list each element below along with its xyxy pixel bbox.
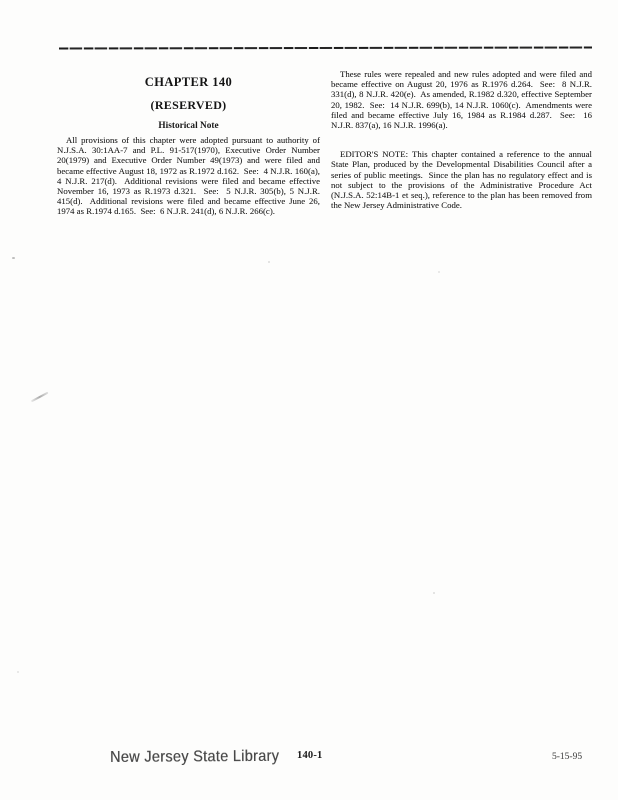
scan-artifact-speck [433,592,435,594]
left-column: CHAPTER 140 (RESERVED) Historical Note A… [57,75,320,217]
historical-note-heading: Historical Note [57,121,320,132]
document-page: CHAPTER 140 (RESERVED) Historical Note A… [0,0,618,800]
scan-artifact-speck [268,261,270,263]
scan-artifact-speck [438,271,440,273]
historical-note-text: All provisions of this chapter were adop… [57,135,320,217]
reserved-heading: (RESERVED) [57,98,320,112]
right-column: These rules were repealed and new rules … [331,69,592,210]
revision-date: 5-15-95 [552,752,582,762]
header-rule [59,47,592,50]
library-stamp: New Jersey State Library [110,748,279,766]
amendments-paragraph: These rules were repealed and new rules … [331,69,592,130]
editors-note-paragraph: EDITOR'S NOTE:This chapter contained a r… [331,149,592,210]
chapter-heading: CHAPTER 140 [57,75,320,89]
scan-artifact-mark [31,392,48,402]
scan-artifact-speck [12,257,15,259]
page-number: 140-1 [297,750,323,761]
editors-note-label: EDITOR'S NOTE: [340,149,408,159]
scan-artifact-speck [17,671,19,673]
